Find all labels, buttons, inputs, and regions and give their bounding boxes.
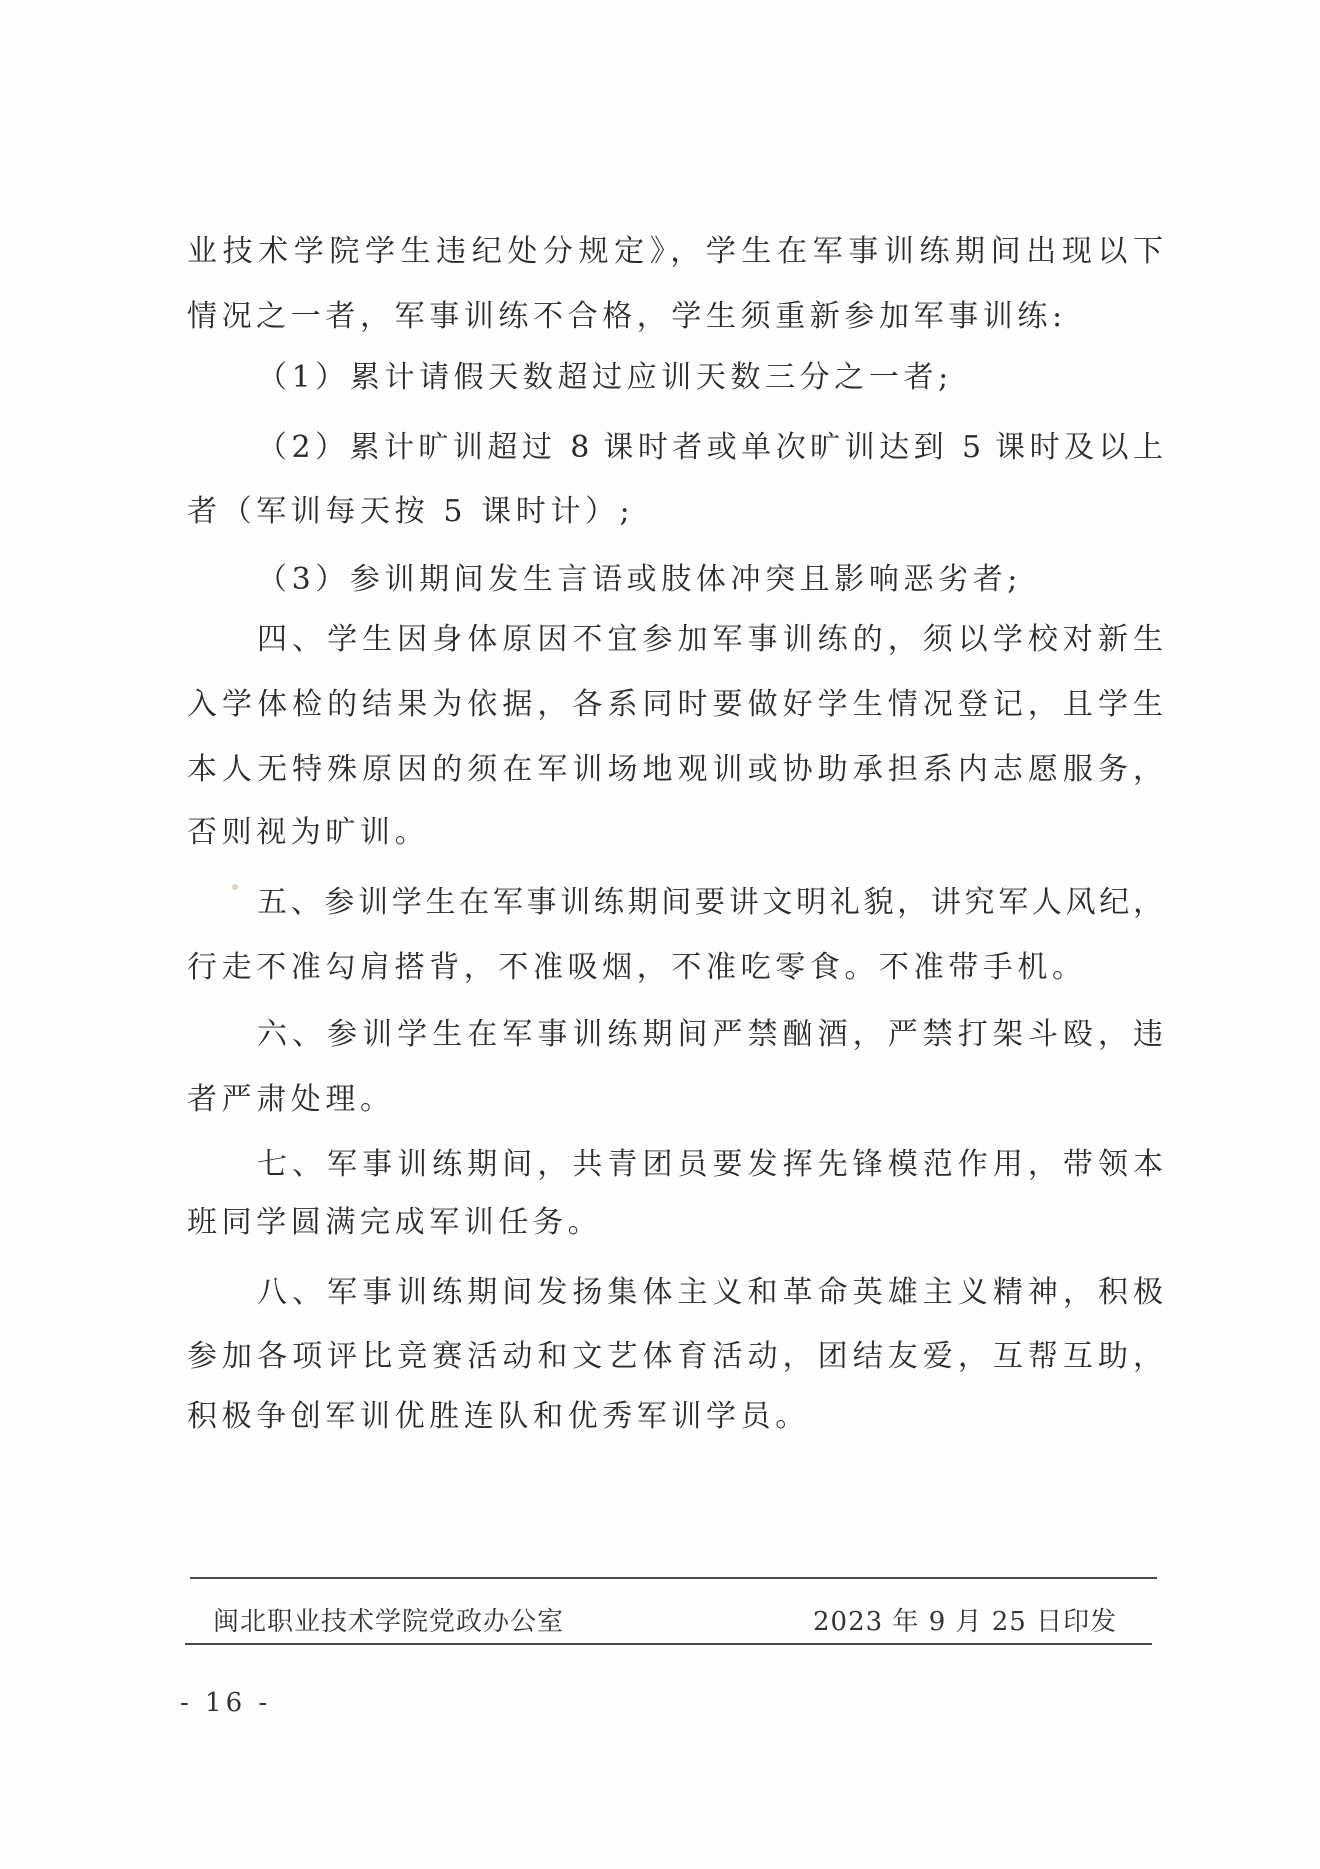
paragraph-line: 否则视为旷训。 [187, 813, 1167, 853]
list-item-3: （3）参训期间发生言语或肢体冲突且影响恶劣者; [257, 560, 1237, 600]
section-eight-heading-line: 八、军事训练期间发扬集体主义和革命英雄主义精神，积极 [257, 1273, 1163, 1313]
paragraph-line: 积极争创军训优胜连队和优秀军训学员。 [187, 1397, 1167, 1437]
paragraph-line: 行走不准勾肩搭背，不准吸烟，不准吃零食。不准带手机。 [187, 948, 1167, 988]
paragraph-line: 者严肃处理。 [187, 1080, 1167, 1120]
document-page: 业技术学院学生违纪处分规定》，学生在军事训练期间出现以下 情况之一者，军事训练不… [0, 0, 1320, 1869]
list-item-2: （2）累计旷训超过 8 课时者或单次旷训达到 5 课时及以上 [257, 428, 1163, 468]
section-four-heading-line: 四、学生因身体原因不宜参加军事训练的，须以学校对新生 [257, 620, 1163, 660]
scan-speck [232, 884, 238, 890]
paragraph-line: 者（军训每天按 5 课时计）; [187, 492, 1167, 532]
list-item-1: （1）累计请假天数超过应训天数三分之一者; [257, 358, 1237, 398]
paragraph-line: 业技术学院学生违纪处分规定》，学生在军事训练期间出现以下 [187, 232, 1163, 272]
issue-date: 2023 年 9 月 25 日印发 [813, 1604, 1117, 1640]
page-number: - 16 - [180, 1685, 271, 1721]
paragraph-line: 参加各项评比竞赛活动和文艺体育活动，团结友爱，互帮互助， [187, 1337, 1163, 1377]
section-six-heading-line: 六、参训学生在军事训练期间严禁酗酒，严禁打架斗殴，违 [257, 1015, 1163, 1055]
section-five-heading-line: 五、参训学生在军事训练期间要讲文明礼貌，讲究军人风纪， [257, 883, 1163, 923]
paragraph-line: 本人无特殊原因的须在军训场地观训或协助承担系内志愿服务， [187, 750, 1163, 790]
footer-bottom-rule [185, 1643, 1152, 1645]
section-seven-heading-line: 七、军事训练期间，共青团员要发挥先锋模范作用，带领本 [257, 1145, 1163, 1185]
paragraph-line: 情况之一者，军事训练不合格，学生须重新参加军事训练: [187, 297, 1167, 337]
issuer-label: 闽北职业技术学院党政办公室 [213, 1604, 564, 1640]
paragraph-line: 班同学圆满完成军训任务。 [187, 1203, 1167, 1243]
paragraph-line: 入学体检的结果为依据，各系同时要做好学生情况登记，且学生 [187, 685, 1163, 725]
footer-top-rule [190, 1577, 1157, 1579]
